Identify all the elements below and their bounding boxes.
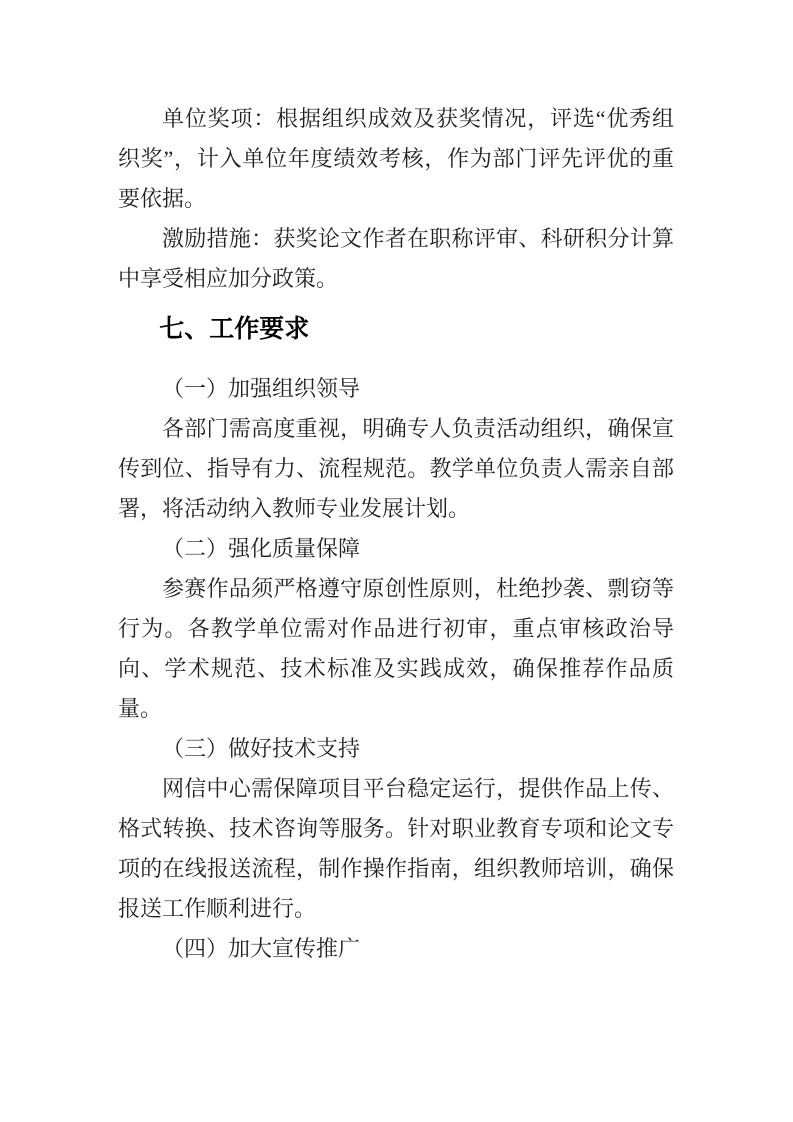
paragraph-unit-award: 单位奖项：根据组织成效及获奖情况，评选“优秀组织奖”，计入单位年度绩效考核，作为… [118,99,674,219]
subheading-4-publicity-promotion: （四）加大宣传推广 [118,929,674,969]
paragraph-quality-assurance: 参赛作品须严格遵守原创性原则，杜绝抄袭、剽窃等行为。各教学单位需对作品进行初审，… [118,569,674,729]
document-content: 单位奖项：根据组织成效及获奖情况，评选“优秀组织奖”，计入单位年度绩效考核，作为… [118,99,674,969]
subheading-2-quality-assurance: （二）强化质量保障 [118,529,674,569]
document-page: 单位奖项：根据组织成效及获奖情况，评选“优秀组织奖”，计入单位年度绩效考核，作为… [0,0,793,1122]
paragraph-technical-support: 网信中心需保障项目平台稳定运行，提供作品上传、格式转换、技术咨询等服务。针对职业… [118,769,674,929]
subheading-1-organization-leadership: （一）加强组织领导 [118,369,674,409]
section-heading-work-requirements: 七、工作要求 [118,309,674,349]
subheading-3-technical-support: （三）做好技术支持 [118,729,674,769]
paragraph-incentive-measures: 激励措施：获奖论文作者在职称评审、科研积分计算中享受相应加分政策。 [118,219,674,299]
paragraph-organization-leadership: 各部门需高度重视，明确专人负责活动组织，确保宣传到位、指导有力、流程规范。教学单… [118,409,674,529]
